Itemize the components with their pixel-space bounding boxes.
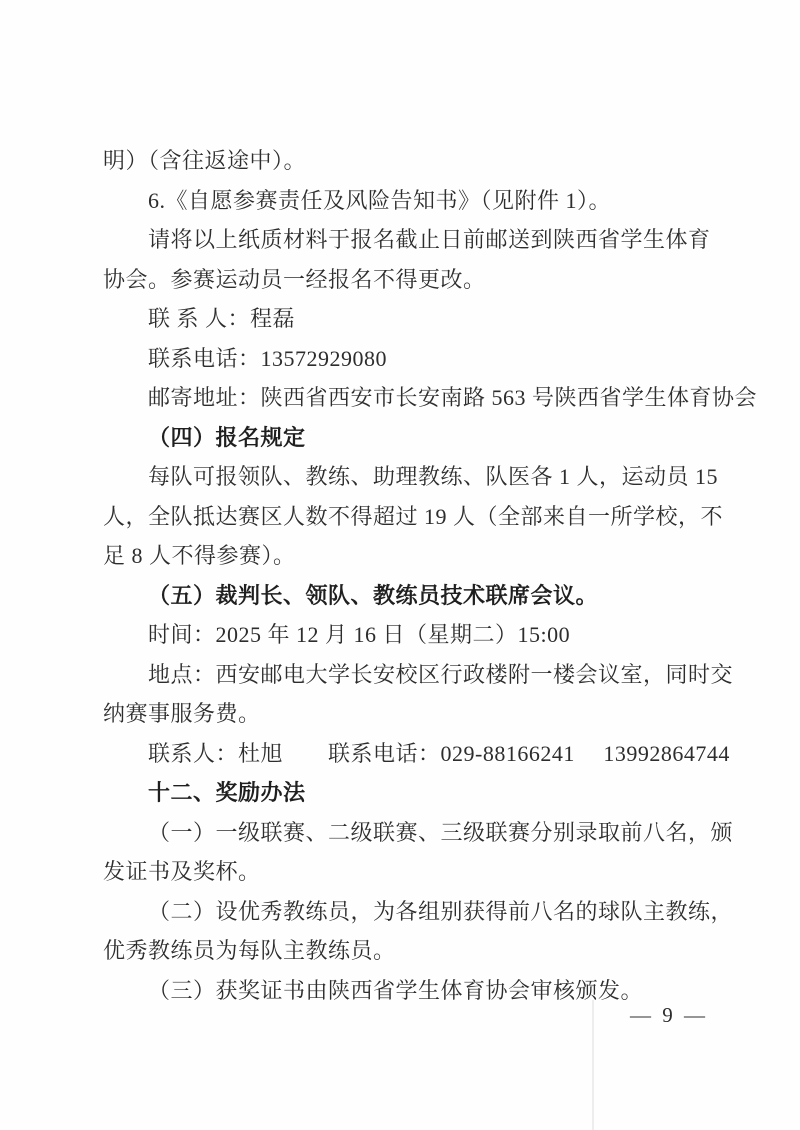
text-line: 十二、奖励办法 (103, 773, 723, 813)
document-body: 明）（含往返途中）。6.《自愿参赛责任及风险告知书》（见附件 1）。请将以上纸质… (103, 141, 723, 1010)
text-line: （四）报名规定 (103, 418, 723, 458)
text-line: （二）设优秀教练员，为各组别获得前八名的球队主教练， (103, 892, 723, 932)
text-line: 人，全队抵达赛区人数不得超过 19 人（全部来自一所学校，不 (103, 497, 723, 537)
page-number: — 9 — (630, 1003, 708, 1028)
document-page: 明）（含往返途中）。6.《自愿参赛责任及风险告知书》（见附件 1）。请将以上纸质… (0, 0, 800, 1130)
text-line: 每队可报领队、教练、助理教练、队医各 1 人，运动员 15 (103, 457, 723, 497)
text-line: 明）（含往返途中）。 (103, 141, 723, 181)
text-line: 邮寄地址：陕西省西安市长安南路 563 号陕西省学生体育协会 (103, 378, 723, 418)
text-line: 6.《自愿参赛责任及风险告知书》（见附件 1）。 (103, 181, 723, 221)
text-line: 联系电话：13572929080 (103, 339, 723, 379)
text-line: 发证书及奖杯。 (103, 852, 723, 892)
text-line: 优秀教练员为每队主教练员。 (103, 931, 723, 971)
text-line: （五）裁判长、领队、教练员技术联席会议。 (103, 576, 723, 616)
text-line: 协会。参赛运动员一经报名不得更改。 (103, 260, 723, 300)
text-line: 地点：西安邮电大学长安校区行政楼附一楼会议室，同时交 (103, 655, 723, 695)
text-line: 纳赛事服务费。 (103, 694, 723, 734)
text-line: 请将以上纸质材料于报名截止日前邮送到陕西省学生体育 (103, 220, 723, 260)
text-line: 联 系 人：程磊 (103, 299, 723, 339)
text-line: 时间：2025 年 12 月 16 日（星期二）15:00 (103, 615, 723, 655)
text-line: （一）一级联赛、二级联赛、三级联赛分别录取前八名，颁 (103, 813, 723, 853)
text-line: 足 8 人不得参赛）。 (103, 536, 723, 576)
scan-artifact-line (592, 1000, 594, 1130)
text-line: 联系人：杜旭 联系电话：029-88166241 13992864744 (103, 734, 723, 774)
